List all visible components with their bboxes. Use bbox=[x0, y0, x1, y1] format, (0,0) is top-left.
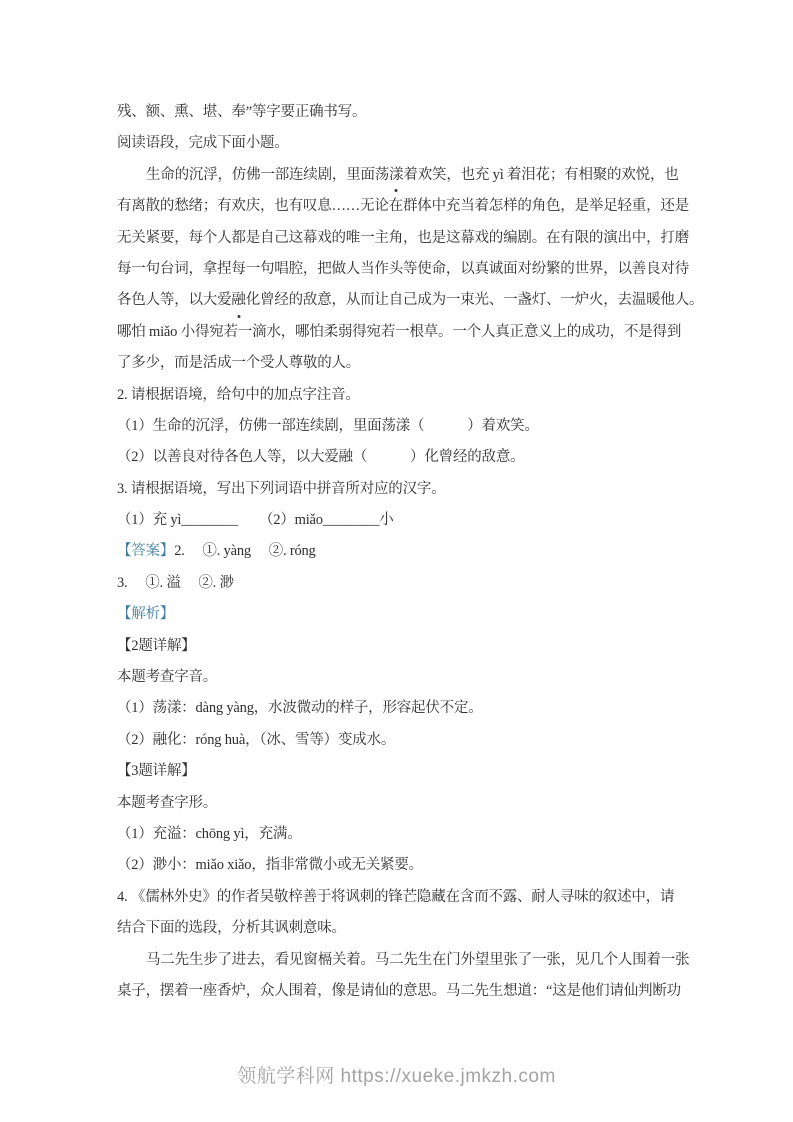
passage-line-6: 哪怕 miǎo 小得宛若一滴水，哪怕柔弱得宛若一根草。一个人真正意义上的成功，不… bbox=[117, 317, 683, 348]
passage-line-5-after: 化曾经的敌意，从而让自己成为一束光、一盏灯、一炉火，去温暖他人。 bbox=[246, 292, 704, 308]
passage-line-1: 生命的沉浮，仿佛一部连续剧，里面荡漾着欢笑，也充 yì 着泪花；有相聚的欢悦，也 bbox=[117, 160, 683, 191]
analysis-q2-item-2: （2）融化：róng huà，（冰、雪等）变成水。 bbox=[117, 725, 683, 756]
exam-paper-page: 残、额、熏、堪、奉”等字要正确书写。 阅读语段，完成下面小题。 生命的沉浮，仿佛… bbox=[0, 0, 793, 1122]
answer-line-q2: 【答案】2. ①. yàng ②. róng bbox=[117, 536, 683, 567]
passage-line-1-after: 着欢笑，也充 yì 着泪花；有相聚的欢悦，也 bbox=[403, 167, 678, 183]
prelude-chars-note: 残、额、熏、堪、奉”等字要正确书写。 bbox=[117, 97, 683, 128]
question2-item-2: （2）以善良对待各色人等，以大爱融（ ）化曾经的敌意。 bbox=[117, 442, 683, 473]
question3-stem: 3. 请根据语境，写出下列词语中拼音所对应的汉字。 bbox=[117, 474, 683, 505]
passage-line-3: 无关紧要，每个人都是自己这幕戏的唯一主角，也是这幕戏的编剧。在有限的演出中，打磨 bbox=[117, 223, 683, 254]
passage-dotted-char-rong: 融 bbox=[231, 285, 245, 316]
passage-line-5: 各色人等，以大爱融化曾经的敌意，从而让自己成为一束光、一盏灯、一炉火，去温暖他人… bbox=[117, 285, 683, 316]
question3-items: （1）充 yì________ （2）miǎo________小 bbox=[117, 505, 683, 536]
analysis-header: 【解析】 bbox=[117, 599, 683, 630]
analysis-q3-focus: 本题考查字形。 bbox=[117, 788, 683, 819]
passage-line-5-before: 各色人等，以大爱 bbox=[117, 292, 231, 308]
passage-line-2: 有离散的愁绪；有欢庆，也有叹息……无论在群体中充当着怎样的角色，是举足轻重，还是 bbox=[117, 191, 683, 222]
analysis-q2-title: 【2题详解】 bbox=[117, 631, 683, 662]
passage-dotted-char-yang: 漾 bbox=[389, 160, 403, 191]
document-body: 残、额、熏、堪、奉”等字要正确书写。 阅读语段，完成下面小题。 生命的沉浮，仿佛… bbox=[117, 97, 683, 1007]
question4-excerpt-line-2: 桌子，摆着一座香炉，众人围着，像是请仙的意思。马二先生想道：“这是他们请仙判断功 bbox=[117, 976, 683, 1007]
answer-line-q3: 3. ①. 溢 ②. 渺 bbox=[117, 568, 683, 599]
analysis-q2-focus: 本题考查字音。 bbox=[117, 662, 683, 693]
answer-label: 【答案】 bbox=[117, 543, 174, 559]
footer-url: https://xueke.jmkzh.com bbox=[341, 1066, 556, 1087]
analysis-q2-item-1: （1）荡漾：dàng yàng，水波微动的样子，形容起伏不定。 bbox=[117, 693, 683, 724]
prelude-reading-prompt: 阅读语段，完成下面小题。 bbox=[117, 128, 683, 159]
passage-line-7: 了多少，而是活成一个受人尊敬的人。 bbox=[117, 348, 683, 379]
question4-stem-line-1: 4. 《儒林外史》的作者吴敬梓善于将讽刺的锋芒隐藏在含而不露、耐人寻味的叙述中，… bbox=[117, 882, 683, 913]
footer-watermark: 领航学科网 https://xueke.jmkzh.com bbox=[0, 1061, 793, 1088]
passage-line-4: 每一句台词，拿捏每一句唱腔，把做人当作头等使命，以真诚面对纷繁的世界，以善良对待 bbox=[117, 254, 683, 285]
analysis-q3-title: 【3题详解】 bbox=[117, 756, 683, 787]
question4-stem-line-2: 结合下面的选段，分析其讽刺意味。 bbox=[117, 913, 683, 944]
question2-stem: 2. 请根据语境，给句中的加点字注音。 bbox=[117, 380, 683, 411]
analysis-q3-item-2: （2）渺小：miǎo xiǎo，指非常微小或无关紧要。 bbox=[117, 850, 683, 881]
question2-item-1: （1）生命的沉浮，仿佛一部连续剧，里面荡漾（ ）着欢笑。 bbox=[117, 411, 683, 442]
question4-excerpt-line-1: 马二先生步了进去，看见窗槅关着。马二先生在门外望里张了一张，见几个人围着一张 bbox=[117, 945, 683, 976]
footer-site-name: 领航学科网 bbox=[237, 1066, 335, 1087]
analysis-q3-item-1: （1）充溢：chōng yì，充满。 bbox=[117, 819, 683, 850]
analysis-label: 【解析】 bbox=[117, 606, 174, 622]
passage-line-1-before: 生命的沉浮，仿佛一部连续剧，里面荡 bbox=[146, 167, 389, 183]
answer-q2-values: 2. ①. yàng ②. róng bbox=[174, 543, 315, 559]
